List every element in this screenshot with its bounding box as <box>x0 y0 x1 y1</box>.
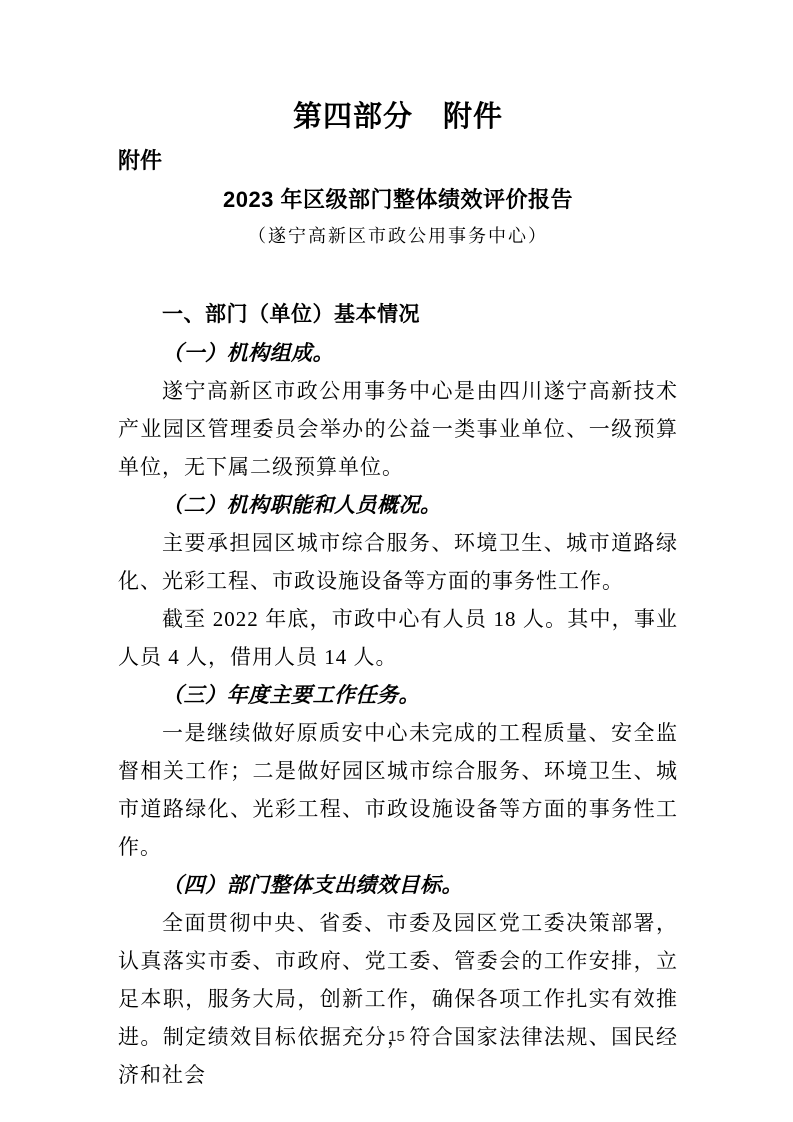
report-subtitle: （遂宁高新区市政公用事务中心） <box>118 223 678 249</box>
attachment-label: 附件 <box>118 148 678 174</box>
document-body: 一、部门（单位）基本情况 （一）机构组成。 遂宁高新区市政公用事务中心是由四川遂… <box>118 296 678 1094</box>
document-page: 第四部分 附件 附件 2023 年区级部门整体绩效评价报告 （遂宁高新区市政公用… <box>0 0 793 1122</box>
paragraph: 遂宁高新区市政公用事务中心是由四川遂宁高新技术产业园区管理委员会举办的公益一类事… <box>118 372 678 486</box>
paragraph: 主要承担园区城市综合服务、环境卫生、城市道路绿化、光彩工程、市政设施设备等方面的… <box>118 524 678 600</box>
page-number: 15 <box>0 1028 793 1045</box>
part-title: 第四部分 附件 <box>118 99 678 136</box>
section-heading: 一、部门（单位）基本情况 <box>118 296 678 334</box>
subsection-heading: （二）机构职能和人员概况。 <box>118 486 678 524</box>
paragraph: 全面贯彻中央、省委、市委及园区党工委决策部署，认真落实市委、市政府、党工委、管委… <box>118 904 678 1094</box>
paragraph: 一是继续做好原质安中心未完成的工程质量、安全监督相关工作；二是做好园区城市综合服… <box>118 714 678 866</box>
page-content: 第四部分 附件 附件 2023 年区级部门整体绩效评价报告 （遂宁高新区市政公用… <box>118 0 678 1094</box>
report-title: 2023 年区级部门整体绩效评价报告 <box>118 186 678 214</box>
paragraph: 截至 2022 年底，市政中心有人员 18 人。其中，事业人员 4 人，借用人员… <box>118 600 678 676</box>
subsection-heading: （三）年度主要工作任务。 <box>118 676 678 714</box>
subsection-heading: （一）机构组成。 <box>118 334 678 372</box>
subsection-heading: （四）部门整体支出绩效目标。 <box>118 866 678 904</box>
